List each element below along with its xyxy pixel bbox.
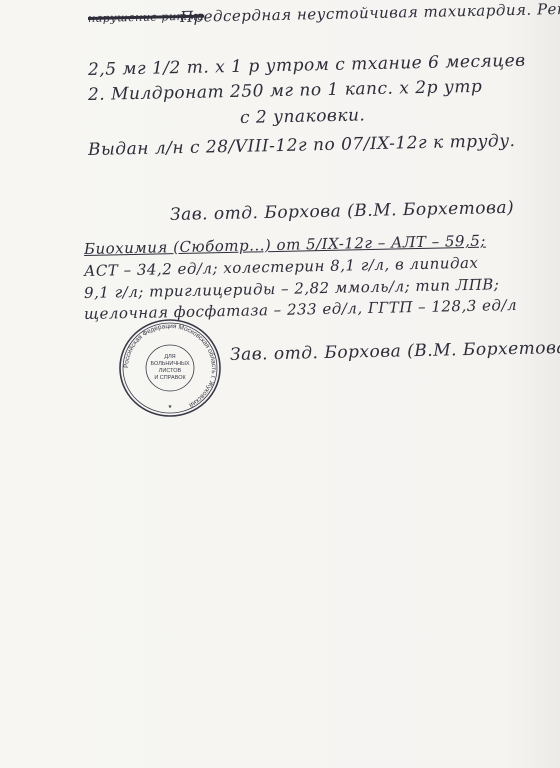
text-line: 2,5 мг 1/2 т. х 1 р утром с тхание 6 мес… <box>88 51 526 80</box>
svg-text:★: ★ <box>168 404 173 410</box>
text-line: Предсердная неустойчивая тахикардия. Рек… <box>180 0 560 26</box>
signature-line: Зав. отд. Борхова (В.М. Борхетова) <box>170 198 515 225</box>
stamp-text: ДЛЯ <box>164 354 175 360</box>
official-stamp: Российская Федерация Московская область … <box>118 318 222 418</box>
text-line: 2. Милдронат 250 мг по 1 капс. х 2р утр <box>88 77 483 105</box>
sick-leave-line: Выдан л/н с 28/VIII-12г по 07/IX-12г к т… <box>88 131 516 160</box>
stamp-text: И СПРАВОК <box>154 375 186 381</box>
text-line: с 2 упаковки. <box>240 105 366 128</box>
signature-line: Зав. отд. Борхова (В.М. Борхетова) <box>230 338 560 365</box>
stamp-text: ЛИСТОВ <box>159 368 182 374</box>
stamp-text: БОЛЬНИЧНЫХ <box>150 361 189 367</box>
document-page: нарушение ритма Предсердная неустойчивая… <box>0 0 560 768</box>
